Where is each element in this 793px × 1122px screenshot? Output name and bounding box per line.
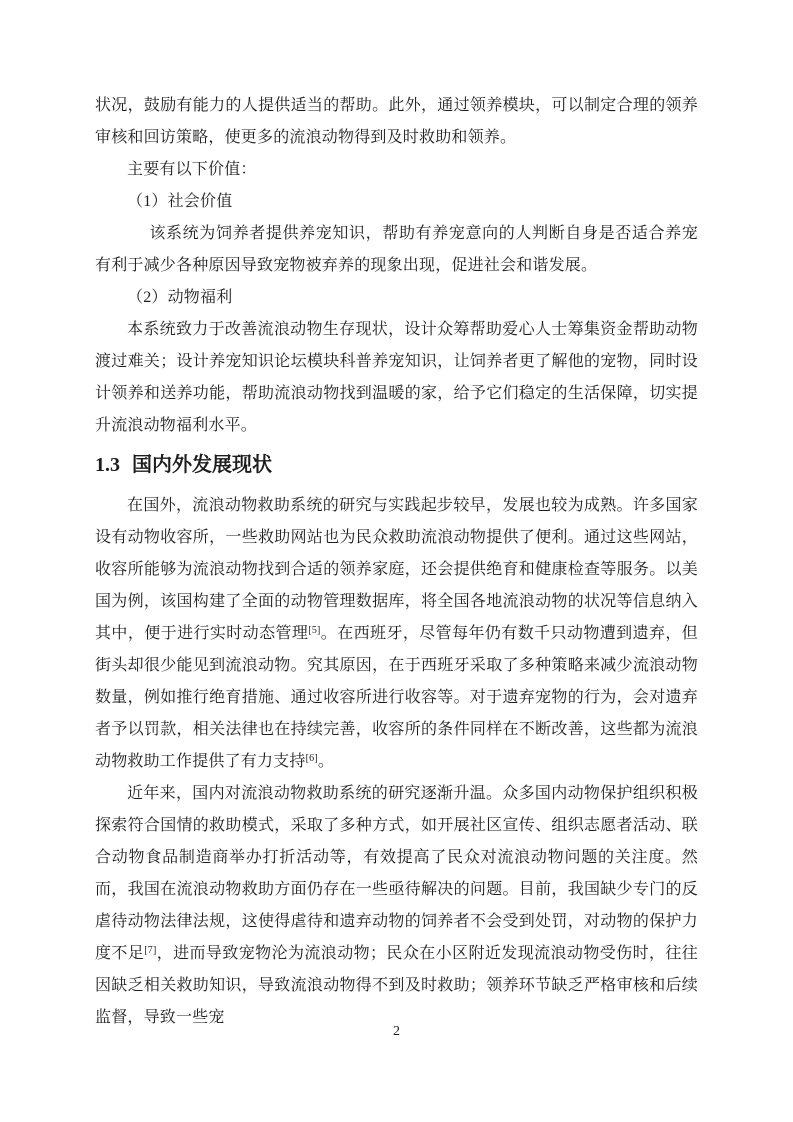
paragraph: 主要有以下价值： <box>95 154 698 186</box>
paragraph: 该系统为饲养者提供养宠知识，帮助有养宠意向的人判断自身是否适合养宠有利于减少各种… <box>95 218 698 282</box>
paragraph: 状况，鼓励有能力的人提供适当的帮助。此外，通过领养模块，可以制定合理的领养审核和… <box>95 90 698 154</box>
paragraph: （1）社会价值 <box>95 186 698 218</box>
section-number: 1.3 <box>95 454 120 476</box>
paragraph: 近年来，国内对流浪动物救助系统的研究逐渐升温。众多国内动物保护组织积极探索符合国… <box>95 778 698 1034</box>
paragraph: 在国外，流浪动物救助系统的研究与实践起步较早，发展也较为成熟。许多国家设有动物收… <box>95 490 698 778</box>
document-page: 状况，鼓励有能力的人提供适当的帮助。此外，通过领养模块，可以制定合理的领养审核和… <box>0 0 793 1122</box>
section-heading: 1.3国内外发展现状 <box>95 450 698 480</box>
citation-superscript: [6] <box>306 753 318 764</box>
paragraph: （2）动物福利 <box>95 282 698 314</box>
citation-superscript: [5] <box>308 625 320 636</box>
section-title: 国内外发展现状 <box>132 454 272 476</box>
page-number: 2 <box>0 1022 793 1042</box>
document-body: 状况，鼓励有能力的人提供适当的帮助。此外，通过领养模块，可以制定合理的领养审核和… <box>95 90 698 1034</box>
paragraph: 本系统致力于改善流浪动物生存现状，设计众筹帮助爱心人士筹集资金帮助动物渡过难关；… <box>95 314 698 442</box>
citation-superscript: [7] <box>144 945 156 956</box>
